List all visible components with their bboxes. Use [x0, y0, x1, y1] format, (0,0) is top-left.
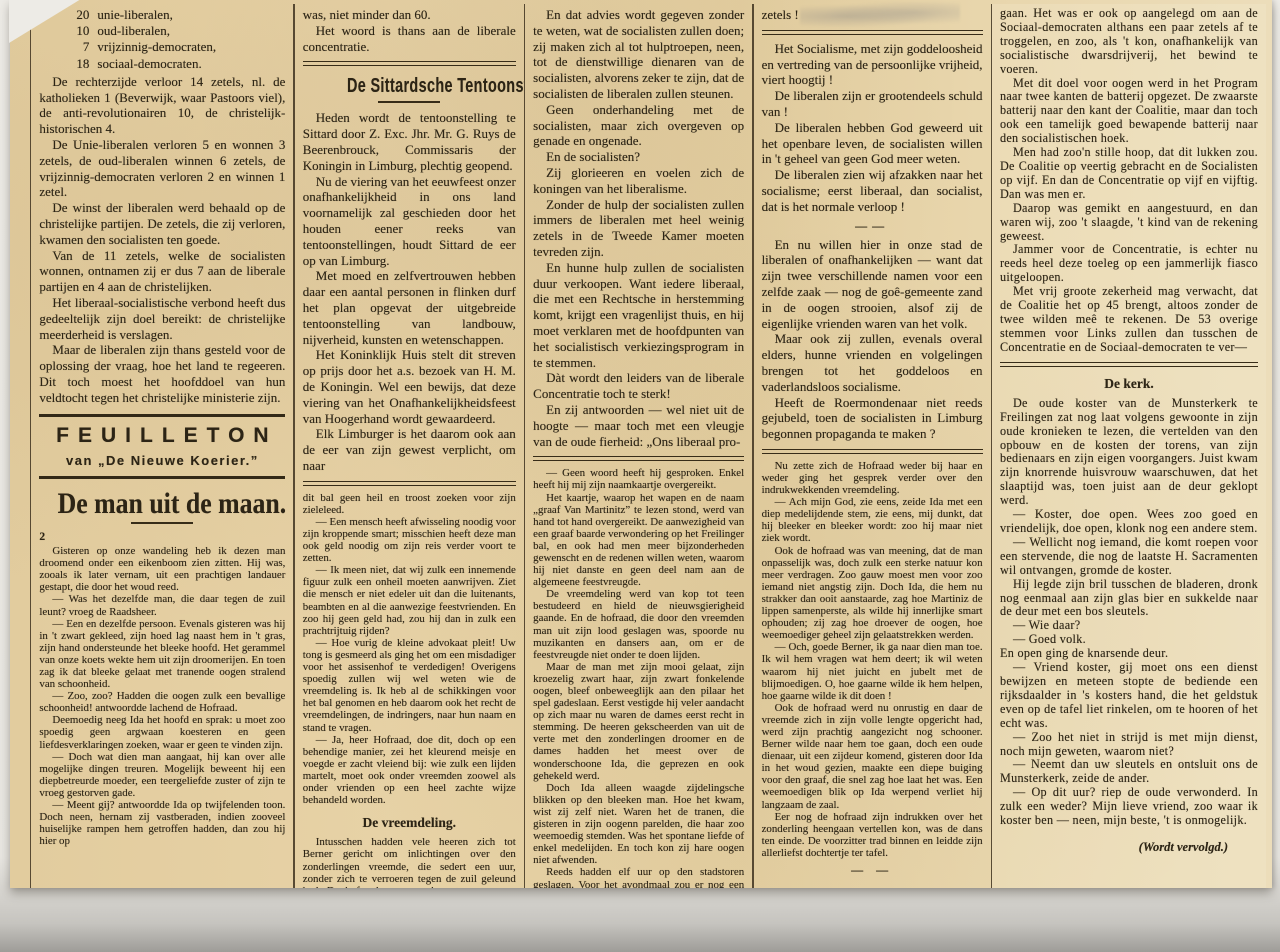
- paragraph: En de socialisten?: [533, 149, 744, 165]
- end-dash: ——: [762, 220, 983, 232]
- column-1: 20unie-liberalen,10oud-liberalen,7vrijzi…: [31, 4, 293, 888]
- paragraph: En dat advies wordt gegeven zonder te we…: [533, 7, 744, 102]
- chapter-number: 2: [39, 531, 285, 543]
- party-label: vrijzinnig-democraten,: [97, 39, 216, 54]
- list-item: 18sociaal-democraten.: [67, 56, 285, 72]
- paragraph: De Unie-liberalen verloren 5 en wonnen 3…: [39, 137, 285, 200]
- paragraph: Elk Limburger is het daarom ook aan de e…: [303, 426, 516, 473]
- section-divider: [533, 456, 744, 461]
- column-3: En dat advies wordt gegeven zonder te we…: [525, 4, 752, 888]
- paragraph: Van de 11 zetels, welke de socialisten w…: [39, 248, 285, 295]
- paragraph: Jammer voor de Concentratie, is echter n…: [1000, 243, 1258, 285]
- paragraph: — Vriend koster, gij moet ons een dienst…: [1000, 661, 1258, 731]
- paragraph: Zij glorieeren en voelen zich de koninge…: [533, 165, 744, 197]
- paragraph: En nu willen hier in onze stad de libera…: [762, 237, 983, 332]
- paragraph: De rechterzijde verloor 14 zetels, nl. d…: [39, 74, 285, 137]
- paragraph: — Een mensch heeft afwisseling noodig vo…: [303, 516, 516, 564]
- paragraph: Reeds hadden elf uur op den stadstoren g…: [533, 866, 744, 888]
- paragraph: — Wie daar?: [1000, 619, 1258, 633]
- paragraph: — Op dit uur? riep de oude verwonderd. I…: [1000, 786, 1258, 828]
- paragraph: De liberalen hebben God geweerd uit het …: [762, 120, 983, 167]
- paragraph: Gisteren op onze wandeling heb ik dezen …: [39, 545, 285, 593]
- paragraph: — Och, goede Berner, ik ga naar dien man…: [762, 641, 983, 701]
- headline-underline: [131, 522, 193, 524]
- paragraph: — Goed volk.: [1000, 633, 1258, 647]
- section-divider: [762, 30, 983, 35]
- paragraph: Maar ook zij zullen, evenals overal elde…: [762, 331, 983, 394]
- end-dash: — —: [762, 864, 983, 876]
- paragraph: — Geen woord heeft hij gesproken. Enkel …: [533, 467, 744, 491]
- paragraph: dit bal geen heil en troost zoeken voor …: [303, 492, 516, 516]
- paragraph: Het kaartje, waarop het wapen en de naam…: [533, 492, 744, 589]
- list-item: 10oud-liberalen,: [67, 23, 285, 39]
- feuilleton-title: FEUILLETON: [39, 424, 285, 448]
- column-4: zetels !Het Socialisme, met zijn goddelo…: [754, 4, 991, 888]
- paragraph: Het woord is thans aan de liberale conce…: [303, 23, 516, 55]
- paragraph: Met vrij groote zekerheid mag verwacht, …: [1000, 285, 1258, 355]
- paragraph: De winst der liberalen werd behaald op d…: [39, 200, 285, 247]
- paragraph: Heeft de Roermondenaar niet reeds gejube…: [762, 395, 983, 442]
- headline-underline: [378, 101, 440, 103]
- paragraph: — Een en dezelfde persoon. Evenals giste…: [39, 618, 285, 691]
- to-be-continued: (Wordt vervolgd.): [1000, 840, 1258, 855]
- paragraph: was, niet minder dan 60.: [303, 7, 516, 23]
- paragraph: De oude koster van de Munsterkerk te Fre…: [1000, 397, 1258, 508]
- section-divider: [303, 481, 516, 486]
- paragraph: — Neemt dan uw sleutels en ontsluit ons …: [1000, 758, 1258, 786]
- paragraph: Maar de man met zijn mooi gelaat, zijn k…: [533, 661, 744, 782]
- paragraph: Eer nog de hofraad zijn indrukken over h…: [762, 811, 983, 859]
- paragraph: — Ach mijn God, zie eens, zeide Ida met …: [762, 496, 983, 544]
- newspaper-page: 20unie-liberalen,10oud-liberalen,7vrijzi…: [10, 0, 1272, 888]
- paragraph: — Hoe vurig de kleine advokaat pleit! Uw…: [303, 637, 516, 734]
- paragraph: — Zoo, zoo? Hadden die oogen zulk een be…: [39, 690, 285, 714]
- paragraph: — Ja, heer Hofraad, doe dit, doch op een…: [303, 734, 516, 807]
- paragraph: Men had zoo'n stille hoop, dat dit lukke…: [1000, 146, 1258, 202]
- paragraph: Deemoedig neeg Ida het hoofd en sprak: u…: [39, 714, 285, 750]
- paragraph: — Wellicht nog iemand, die komt roepen v…: [1000, 536, 1258, 578]
- seat-number: 18: [67, 56, 89, 72]
- paragraph: En hunne hulp zullen de socialisten duur…: [533, 260, 744, 371]
- column-5: gaan. Het was er ook op aangelegd om aan…: [992, 4, 1266, 888]
- ink-smudge: [800, 2, 960, 28]
- paragraph: gaan. Het was er ook op aangelegd om aan…: [1000, 7, 1258, 77]
- section-divider: [1000, 362, 1258, 367]
- paragraph: De liberalen zien wij afzakken naar het …: [762, 167, 983, 214]
- paragraph: Nu zette zich de Hofraad weder bij haar …: [762, 460, 983, 496]
- party-label: sociaal-democraten.: [97, 56, 201, 71]
- paragraph: Het liberaal-socialistische verbond heef…: [39, 295, 285, 342]
- paragraph: Hij legde zijn bril tusschen de bladeren…: [1000, 578, 1258, 620]
- paragraph: Maar de liberalen zijn thans gesteld voo…: [39, 342, 285, 405]
- paragraph: Intusschen hadden vele heeren zich tot B…: [303, 836, 516, 888]
- column-layout: 20unie-liberalen,10oud-liberalen,7vrijzi…: [10, 0, 1272, 888]
- paragraph: Met dit doel voor oogen werd in het Prog…: [1000, 77, 1258, 147]
- paragraph: — Doch wat dien man aangaat, hij kan ove…: [39, 751, 285, 799]
- serial-title-text: De man uit de maan.: [58, 488, 287, 520]
- paragraph: Nu de viering van het eeuwfeest onzer on…: [303, 174, 516, 269]
- section-heading: De kerk.: [1000, 376, 1258, 392]
- feuilleton-masthead: FEUILLETONvan „De Nieuwe Koerier.”: [39, 414, 285, 479]
- paragraph: — Ik meen niet, dat wij zulk een innemen…: [303, 564, 516, 637]
- list-item: 7vrijzinnig-democraten,: [67, 39, 285, 55]
- paragraph: En zij antwoorden — wel niet uit de hoog…: [533, 402, 744, 449]
- seat-number: 10: [67, 23, 89, 39]
- paragraph: — Zoo het niet in strijd is met mijn die…: [1000, 731, 1258, 759]
- paragraph: Het Koninklijk Huis stelt dit streven op…: [303, 347, 516, 426]
- paragraph: De vreemdeling werd van kop tot teen bes…: [533, 588, 744, 661]
- seat-number: 20: [67, 7, 89, 23]
- scanner-background: 20unie-liberalen,10oud-liberalen,7vrijzi…: [0, 0, 1280, 952]
- paragraph: Doch Ida alleen waagde zijdelingsche bli…: [533, 782, 744, 867]
- serial-title: De man uit de maan.: [39, 488, 285, 520]
- article-headline: De Sittardsche Tentoonstelling.: [303, 75, 516, 98]
- party-label: unie-liberalen,: [97, 7, 172, 22]
- feuilleton-subtitle: van „De Nieuwe Koerier.”: [39, 453, 285, 468]
- paragraph: Ook de hofraad werd nu onrustig en daar …: [762, 702, 983, 811]
- paragraph: — Koster, doe open. Wees zoo goed en vri…: [1000, 508, 1258, 536]
- seat-count-list: 20unie-liberalen,10oud-liberalen,7vrijzi…: [39, 7, 285, 72]
- section-divider: [303, 61, 516, 66]
- section-heading: De vreemdeling.: [303, 815, 516, 831]
- article-headline-text: De Sittardsche Tentoonstelling.: [347, 75, 524, 98]
- section-divider: [762, 449, 983, 454]
- paragraph: Daarop was gemikt en aangestuurd, en dan…: [1000, 202, 1258, 244]
- paragraph: Het Socialisme, met zijn goddeloosheid e…: [762, 41, 983, 88]
- paragraph: — Was het dezelfde man, die daar tegen d…: [39, 593, 285, 617]
- list-item: 20unie-liberalen,: [67, 7, 285, 23]
- paragraph: Dàt wordt den leiders van de liberale Co…: [533, 370, 744, 402]
- paragraph: De liberalen zijn er grootendeels schuld…: [762, 88, 983, 120]
- paragraph: — Meent gij? antwoordde Ida op twijfelen…: [39, 799, 285, 847]
- column-2: was, niet minder dan 60.Het woord is tha…: [295, 4, 524, 888]
- paragraph: En open ging de knarsende deur.: [1000, 647, 1258, 661]
- party-label: oud-liberalen,: [97, 23, 170, 38]
- paragraph: Ook de hofraad was van meening, dat de m…: [762, 545, 983, 642]
- paragraph: Met moed en zelfvertrouwen hebben daar e…: [303, 268, 516, 347]
- paragraph: Geen onderhandeling met de socialisten, …: [533, 102, 744, 149]
- paragraph: Heden wordt de tentoonstelling te Sittar…: [303, 110, 516, 173]
- seat-number: 7: [67, 39, 89, 55]
- paragraph: Zonder de hulp der socialisten zullen im…: [533, 197, 744, 260]
